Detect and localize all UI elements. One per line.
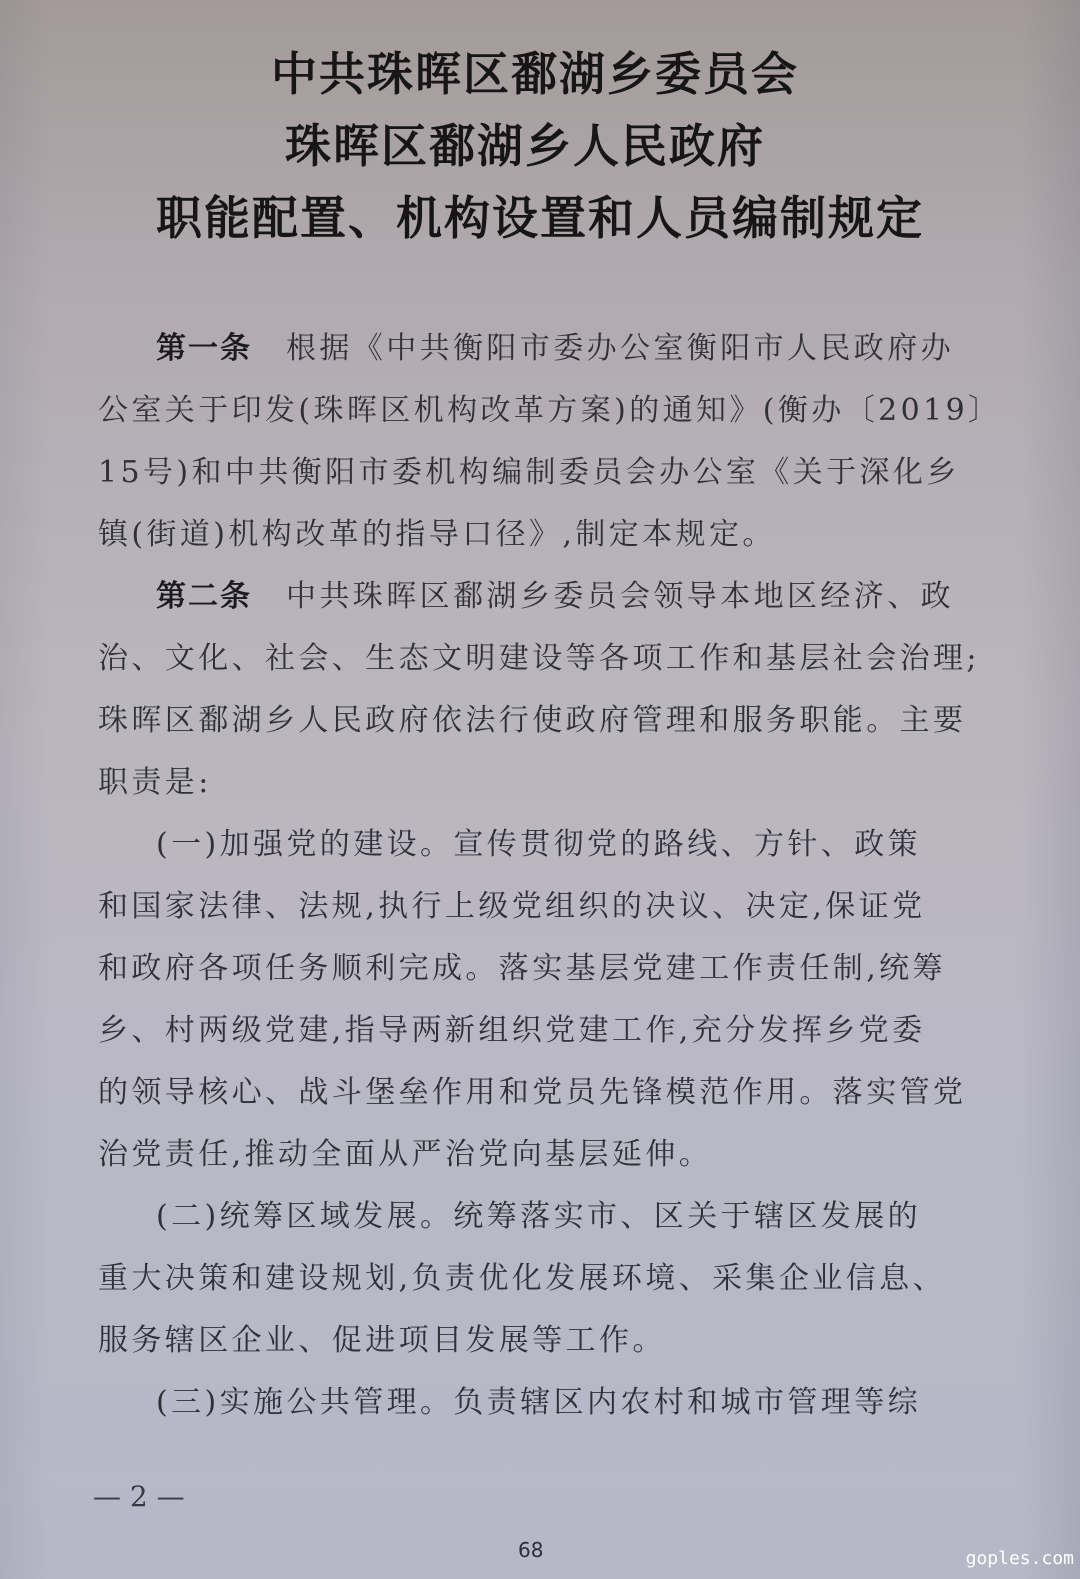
item-1-line-5: 的领导核心、战斗堡垒作用和党员先锋模范作用。落实管党 <box>98 1062 968 1124</box>
article-2-line-2: 治、文化、社会、生态文明建设等各项工作和基层社会治理; <box>98 628 968 690</box>
article-2-label: 第二条 <box>156 579 252 614</box>
item-1-line-1: (一)加强党的建设。宣传贯彻党的路线、方针、政策 <box>98 814 968 876</box>
item-2-line-2: 重大决策和建设规划,负责优化发展环境、采集企业信息、 <box>98 1248 968 1310</box>
article-1-line-2: 公室关于印发(珠晖区机构改革方案)的通知》(衡办〔2019〕 <box>98 380 968 442</box>
article-1-text: 根据《中共衡阳市委办公室衡阳市人民政府办 <box>286 331 954 366</box>
article-1-line-4: 镇(街道)机构改革的指导口径》,制定本规定。 <box>98 504 968 566</box>
article-1-label: 第一条 <box>156 331 252 366</box>
title-line-2: 珠晖区鄱湖乡人民政府 <box>0 110 1080 182</box>
item-2-line-3: 服务辖区企业、促进项目发展等工作。 <box>98 1310 968 1372</box>
article-2-text: 中共珠晖区鄱湖乡委员会领导本地区经济、政 <box>286 579 954 614</box>
page-number: 68 <box>518 1538 543 1562</box>
item-3-line-1: (三)实施公共管理。负责辖区内农村和城市管理等综 <box>98 1372 968 1434</box>
item-1-line-4: 乡、村两级党建,指导两新组织党建工作,充分发挥乡党委 <box>98 1000 968 1062</box>
document-title: 中共珠晖区鄱湖乡委员会 珠晖区鄱湖乡人民政府 职能配置、机构设置和人员编制规定 <box>0 38 1080 254</box>
article-1-line-3: 15号)和中共衡阳市委机构编制委员会办公室《关于深化乡 <box>98 442 968 504</box>
title-line-1: 中共珠晖区鄱湖乡委员会 <box>0 38 1080 110</box>
title-line-3: 职能配置、机构设置和人员编制规定 <box>0 182 1080 254</box>
item-1-line-2: 和国家法律、法规,执行上级党组织的决议、决定,保证党 <box>98 876 968 938</box>
item-1-line-6: 治党责任,推动全面从严治党向基层延伸。 <box>98 1124 968 1186</box>
item-1-line-3: 和政府各项任务顺利完成。落实基层党建工作责任制,统筹 <box>98 938 968 1000</box>
article-1-line-1: 第一条根据《中共衡阳市委办公室衡阳市人民政府办 <box>98 318 968 380</box>
article-2-line-1: 第二条中共珠晖区鄱湖乡委员会领导本地区经济、政 <box>98 566 968 628</box>
article-2-line-3: 珠晖区鄱湖乡人民政府依法行使政府管理和服务职能。主要 <box>98 690 968 752</box>
item-2-line-1: (二)统筹区域发展。统筹落实市、区关于辖区发展的 <box>98 1186 968 1248</box>
watermark: goples.com <box>966 1548 1074 1569</box>
document-body: 第一条根据《中共衡阳市委办公室衡阳市人民政府办 公室关于印发(珠晖区机构改革方案… <box>98 318 968 1434</box>
article-2-line-4: 职责是: <box>98 752 968 814</box>
page-marker: — 2 — <box>93 1480 185 1513</box>
